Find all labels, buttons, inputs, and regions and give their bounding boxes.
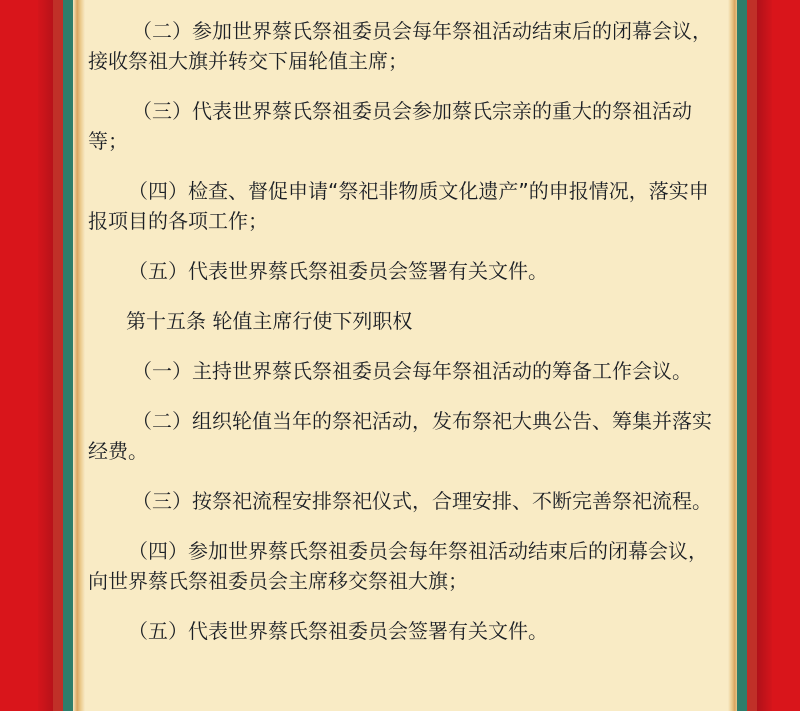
document-frame: （二）参加世界蔡氏祭祖委员会每年祭祖活动结束后的闭幕会议，接收祭祖大旗并转交下届… [0, 0, 800, 711]
right-border-red [772, 0, 800, 711]
right-border-red-shade [757, 0, 772, 711]
right-border-gold [728, 0, 737, 711]
article-item-2: （二）组织轮值当年的祭祀活动，发布祭祀大典公告、筹集并落实经费。 [88, 406, 720, 466]
left-border-teal [63, 0, 73, 711]
article-item-1: （一）主持世界蔡氏祭祖委员会每年祭祖活动的筹备工作会议。 [88, 356, 720, 386]
paragraph-item-4: （四）检查、督促申请“祭祀非物质文化遗产”的申报情况，落实申报项目的各项工作； [88, 176, 720, 236]
left-border-red-shade [38, 0, 53, 711]
document-body: （二）参加世界蔡氏祭祖委员会每年祭祖活动结束后的闭幕会议，接收祭祖大旗并转交下届… [88, 16, 720, 666]
article-item-4: （四）参加世界蔡氏祭祖委员会每年祭祖活动结束后的闭幕会议，向世界蔡氏祭祖委员会主… [88, 536, 720, 596]
left-border-red [0, 0, 38, 711]
right-border-teal [737, 0, 747, 711]
left-border-gold [73, 0, 85, 711]
left-border-brick [53, 0, 63, 711]
article-item-5: （五）代表世界蔡氏祭祖委员会签署有关文件。 [88, 616, 720, 646]
article-item-3: （三）按祭祀流程安排祭祀仪式，合理安排、不断完善祭祀流程。 [88, 486, 720, 516]
paragraph-item-2: （二）参加世界蔡氏祭祖委员会每年祭祖活动结束后的闭幕会议，接收祭祖大旗并转交下届… [88, 16, 720, 76]
paragraph-item-3: （三）代表世界蔡氏祭祖委员会参加蔡氏宗亲的重大的祭祖活动等； [88, 96, 720, 156]
article-heading: 第十五条 轮值主席行使下列职权 [88, 306, 720, 336]
paragraph-item-5: （五）代表世界蔡氏祭祖委员会签署有关文件。 [88, 256, 720, 286]
right-border-brick [747, 0, 757, 711]
